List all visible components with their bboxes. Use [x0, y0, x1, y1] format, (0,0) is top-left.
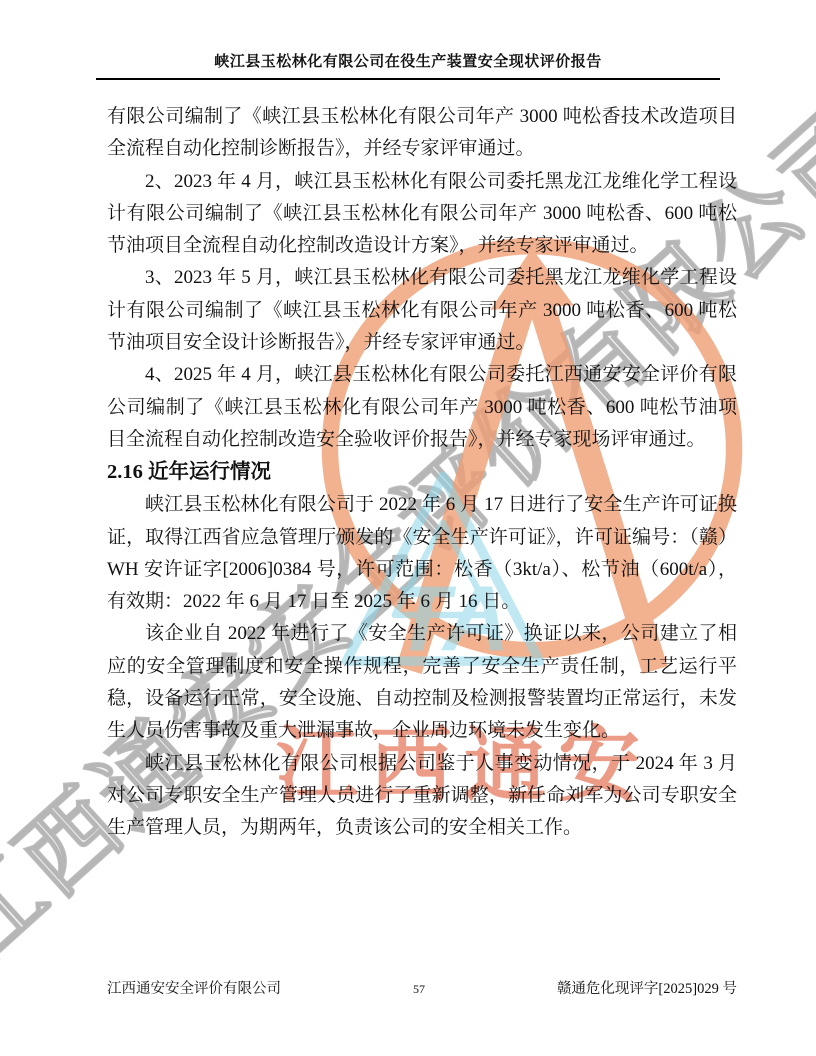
paragraph: 峡江县玉松林化有限公司于 2022 年 6 月 17 日进行了安全生产许可证换证… — [107, 489, 737, 618]
paragraph: 该企业自 2022 年进行了《安全生产许可证》换证以来，公司建立了相应的安全管理… — [107, 618, 737, 747]
paragraph: 4、2025 年 4 月，峡江县玉松林化有限公司委托江西通安安全评价有限公司编制… — [107, 359, 737, 456]
paragraph: 2、2023 年 4 月，峡江县玉松林化有限公司委托黑龙江龙维化学工程设计有限公… — [107, 166, 737, 263]
page-header-title: 峡江县玉松林化有限公司在役生产装置安全现状评价报告 — [0, 50, 816, 71]
footer-doc-number: 赣通危化现评字[2025]029 号 — [557, 977, 737, 998]
document-content: 峡江县玉松林化有限公司在役生产装置安全现状评价报告 有限公司编制了《峡江县玉松林… — [0, 0, 816, 1056]
header-rule — [96, 78, 720, 80]
page-footer: 江西通安安全评价有限公司 57 赣通危化现评字[2025]029 号 — [107, 977, 737, 998]
paragraph: 峡江县玉松林化有限公司根据公司鉴于人事变动情况，于 2024 年 3 月对公司专… — [107, 748, 737, 845]
paragraph: 3、2023 年 5 月，峡江县玉松林化有限公司委托黑龙江龙维化学工程设计有限公… — [107, 262, 737, 359]
report-page: 江西通安安全评价有限公司 TA 江西通安 峡江县玉松林化有限公司在役生产装置安全… — [0, 0, 816, 1056]
footer-company-name: 江西通安安全评价有限公司 — [107, 977, 281, 998]
section-heading: 2.16 近年运行情况 — [107, 456, 737, 489]
document-body: 有限公司编制了《峡江县玉松林化有限公司年产 3000 吨松香技术改造项目全流程自… — [107, 101, 737, 845]
paragraph: 有限公司编制了《峡江县玉松林化有限公司年产 3000 吨松香技术改造项目全流程自… — [107, 101, 737, 166]
footer-page-number: 57 — [413, 982, 425, 997]
